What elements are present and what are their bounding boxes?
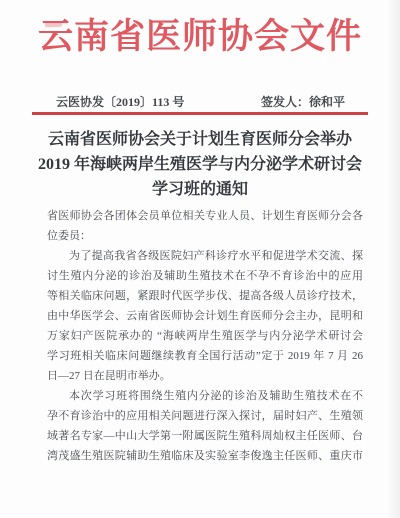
document-number: 云医协发〔2019〕113 号 <box>56 93 184 110</box>
red-divider-line <box>32 112 368 115</box>
page-edge-shading <box>386 0 400 518</box>
body-text-line: 由中华医学会、云南省医师协会计划生育医师分会主办，昆明和 <box>47 306 363 326</box>
red-header-title: 云南省医师协会文件 <box>0 9 400 59</box>
document-title-line: 学习班的通知 <box>0 177 400 202</box>
body-text-line: 等相关临床问题，紧跟时代医学步伐、提高各级人员诊疗技术， <box>47 286 363 306</box>
document-title-line: 2019 年海峡两岸生殖医学与内分泌学术研讨会 <box>0 152 400 177</box>
body-text-line: 本次学习班将围绕生殖内分泌的诊治及辅助生殖技术在不 <box>47 386 363 406</box>
document-title-line: 云南省医师协会关于计划生育医师分会举办 <box>0 127 400 152</box>
issuer-label: 签发人：徐和平 <box>261 93 345 110</box>
document-meta-row: 云医协发〔2019〕113 号 签发人：徐和平 <box>33 93 368 110</box>
body-text-line: 孕不育诊治中的应用相关问题进行深入探讨，届时妇产、生殖领 <box>47 406 363 426</box>
body-text-line: 湾茂盛生殖医院辅助生殖临床及实验室李俊逸主任医师、重庆市 <box>47 446 363 466</box>
body-text-line: 日—27 日在昆明市举办。 <box>47 366 363 386</box>
body-text-line: 万家妇产医院承办的 “海峡两岸生殖医学与内分泌学术研讨会 <box>47 326 363 346</box>
body-text-line: 为了提高我省各级医院妇产科诊疗水平和促进学术交流、探 <box>47 246 363 266</box>
body-text-line: 域著名专家—中山大学第一附属医院生殖科周灿权主任医师、台 <box>47 426 363 446</box>
document-title: 云南省医师协会关于计划生育医师分会举办2019 年海峡两岸生殖医学与内分泌学术研… <box>0 127 400 202</box>
document-body: 省医师协会各团体会员单位相关专业人员、计划生育医师分会各位委员：为了提高我省各级… <box>47 206 363 466</box>
body-text-line: 讨生殖内分泌的诊治及辅助生殖技术在不孕不育诊治中的应用 <box>47 266 363 286</box>
body-text-line: 位委员： <box>47 226 363 246</box>
document-page: 云南省医师协会文件 云医协发〔2019〕113 号 签发人：徐和平 云南省医师协… <box>0 0 400 518</box>
body-text-line: 学习班相关临床问题继续教育全国行活动”定于 2019 年 7 月 26 <box>47 346 363 366</box>
body-text-line: 省医师协会各团体会员单位相关专业人员、计划生育医师分会各 <box>47 206 363 226</box>
scan-artifact <box>45 23 62 28</box>
